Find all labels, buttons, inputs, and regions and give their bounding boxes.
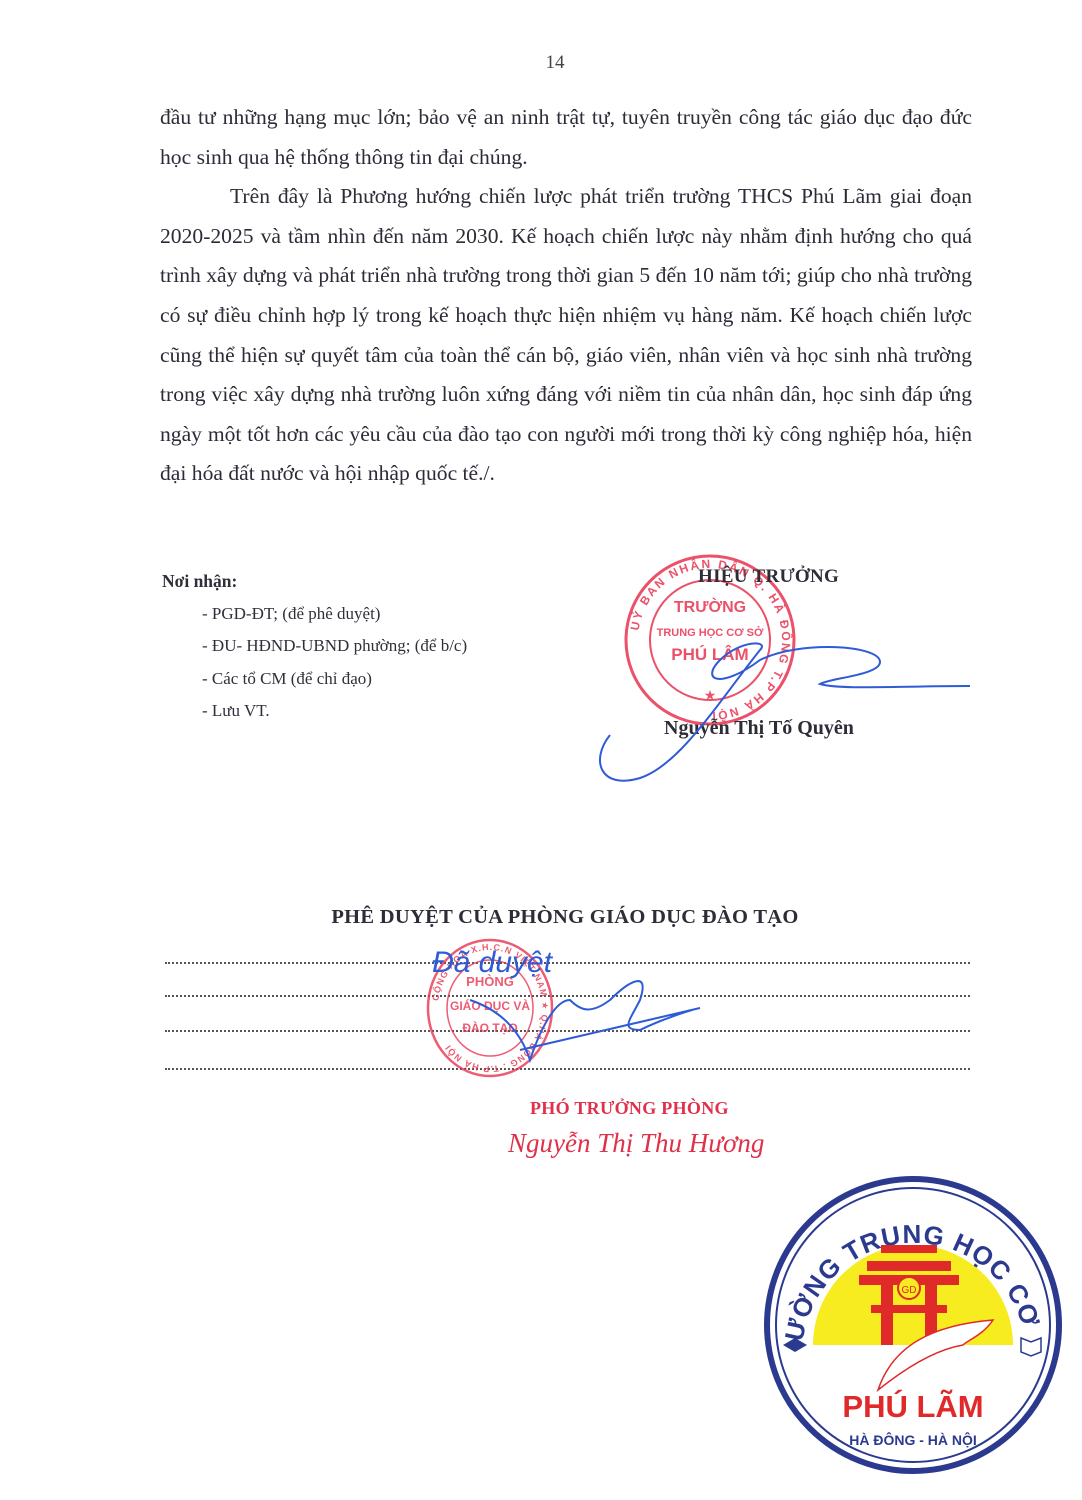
principal-name: Nguyễn Thị Tố Quyên (664, 717, 854, 740)
paragraph-1: đầu tư những hạng mục lớn; bảo vệ an nin… (160, 98, 972, 177)
stamp-line2: TRUNG HỌC CƠ SỞ (657, 626, 764, 639)
page-number: 14 (0, 52, 1082, 74)
approval-line (165, 1030, 970, 1032)
approval-line (165, 995, 970, 997)
approval-line (165, 1068, 970, 1070)
approval-stamp-line2: GIÁO DỤC VÀ (450, 998, 530, 1013)
recipients-block: Nơi nhận: - PGD-ĐT; (để phê duyệt) - ĐU-… (162, 565, 467, 728)
education-office-stamp: CỘNG HOÀ X.H.C.N VIỆT NAM ★ Q.HÀ ĐÔNG . … (425, 938, 555, 1078)
emblem-text: GD (902, 1285, 917, 1296)
recipients-title: Nơi nhận: (162, 565, 467, 598)
approval-stamp-line3: ĐÀO TẠO (462, 1020, 517, 1035)
logo-location: HÀ ĐÔNG - HÀ NỘI (849, 1431, 977, 1448)
approval-line (165, 962, 970, 964)
body-text: đầu tư những hạng mục lớn; bảo vệ an nin… (160, 98, 972, 494)
deputy-title: PHÓ TRƯỞNG PHÒNG (530, 1098, 729, 1119)
recipient-item: - Các tổ CM (để chỉ đạo) (162, 663, 467, 696)
approval-title: PHÊ DUYỆT CỦA PHÒNG GIÁO DỤC ĐÀO TẠO (0, 906, 1082, 929)
approval-stamp-line1: PHÒNG (466, 974, 514, 989)
recipient-item: - PGD-ĐT; (để phê duyệt) (162, 598, 467, 631)
principal-title: HIỆU TRƯỞNG (698, 566, 839, 588)
star-icon: ★ (704, 687, 717, 703)
stamp-line1: TRƯỜNG (674, 597, 746, 616)
recipient-item: - Lưu VT. (162, 695, 467, 728)
school-logo: TRƯỜNG TRUNG HỌC CƠ SỞ GD PHÚ LÃM HÀ ĐÔN… (763, 1175, 1063, 1475)
recipient-item: - ĐU- HĐND-UBND phường; (để b/c) (162, 630, 467, 663)
deputy-name: Nguyễn Thị Thu Hương (508, 1128, 764, 1159)
paragraph-2: Trên đây là Phương hướng chiến lược phát… (160, 177, 972, 494)
logo-school-name: PHÚ LÃM (842, 1388, 983, 1424)
stamp-line3: PHÚ LÂM (671, 645, 748, 664)
